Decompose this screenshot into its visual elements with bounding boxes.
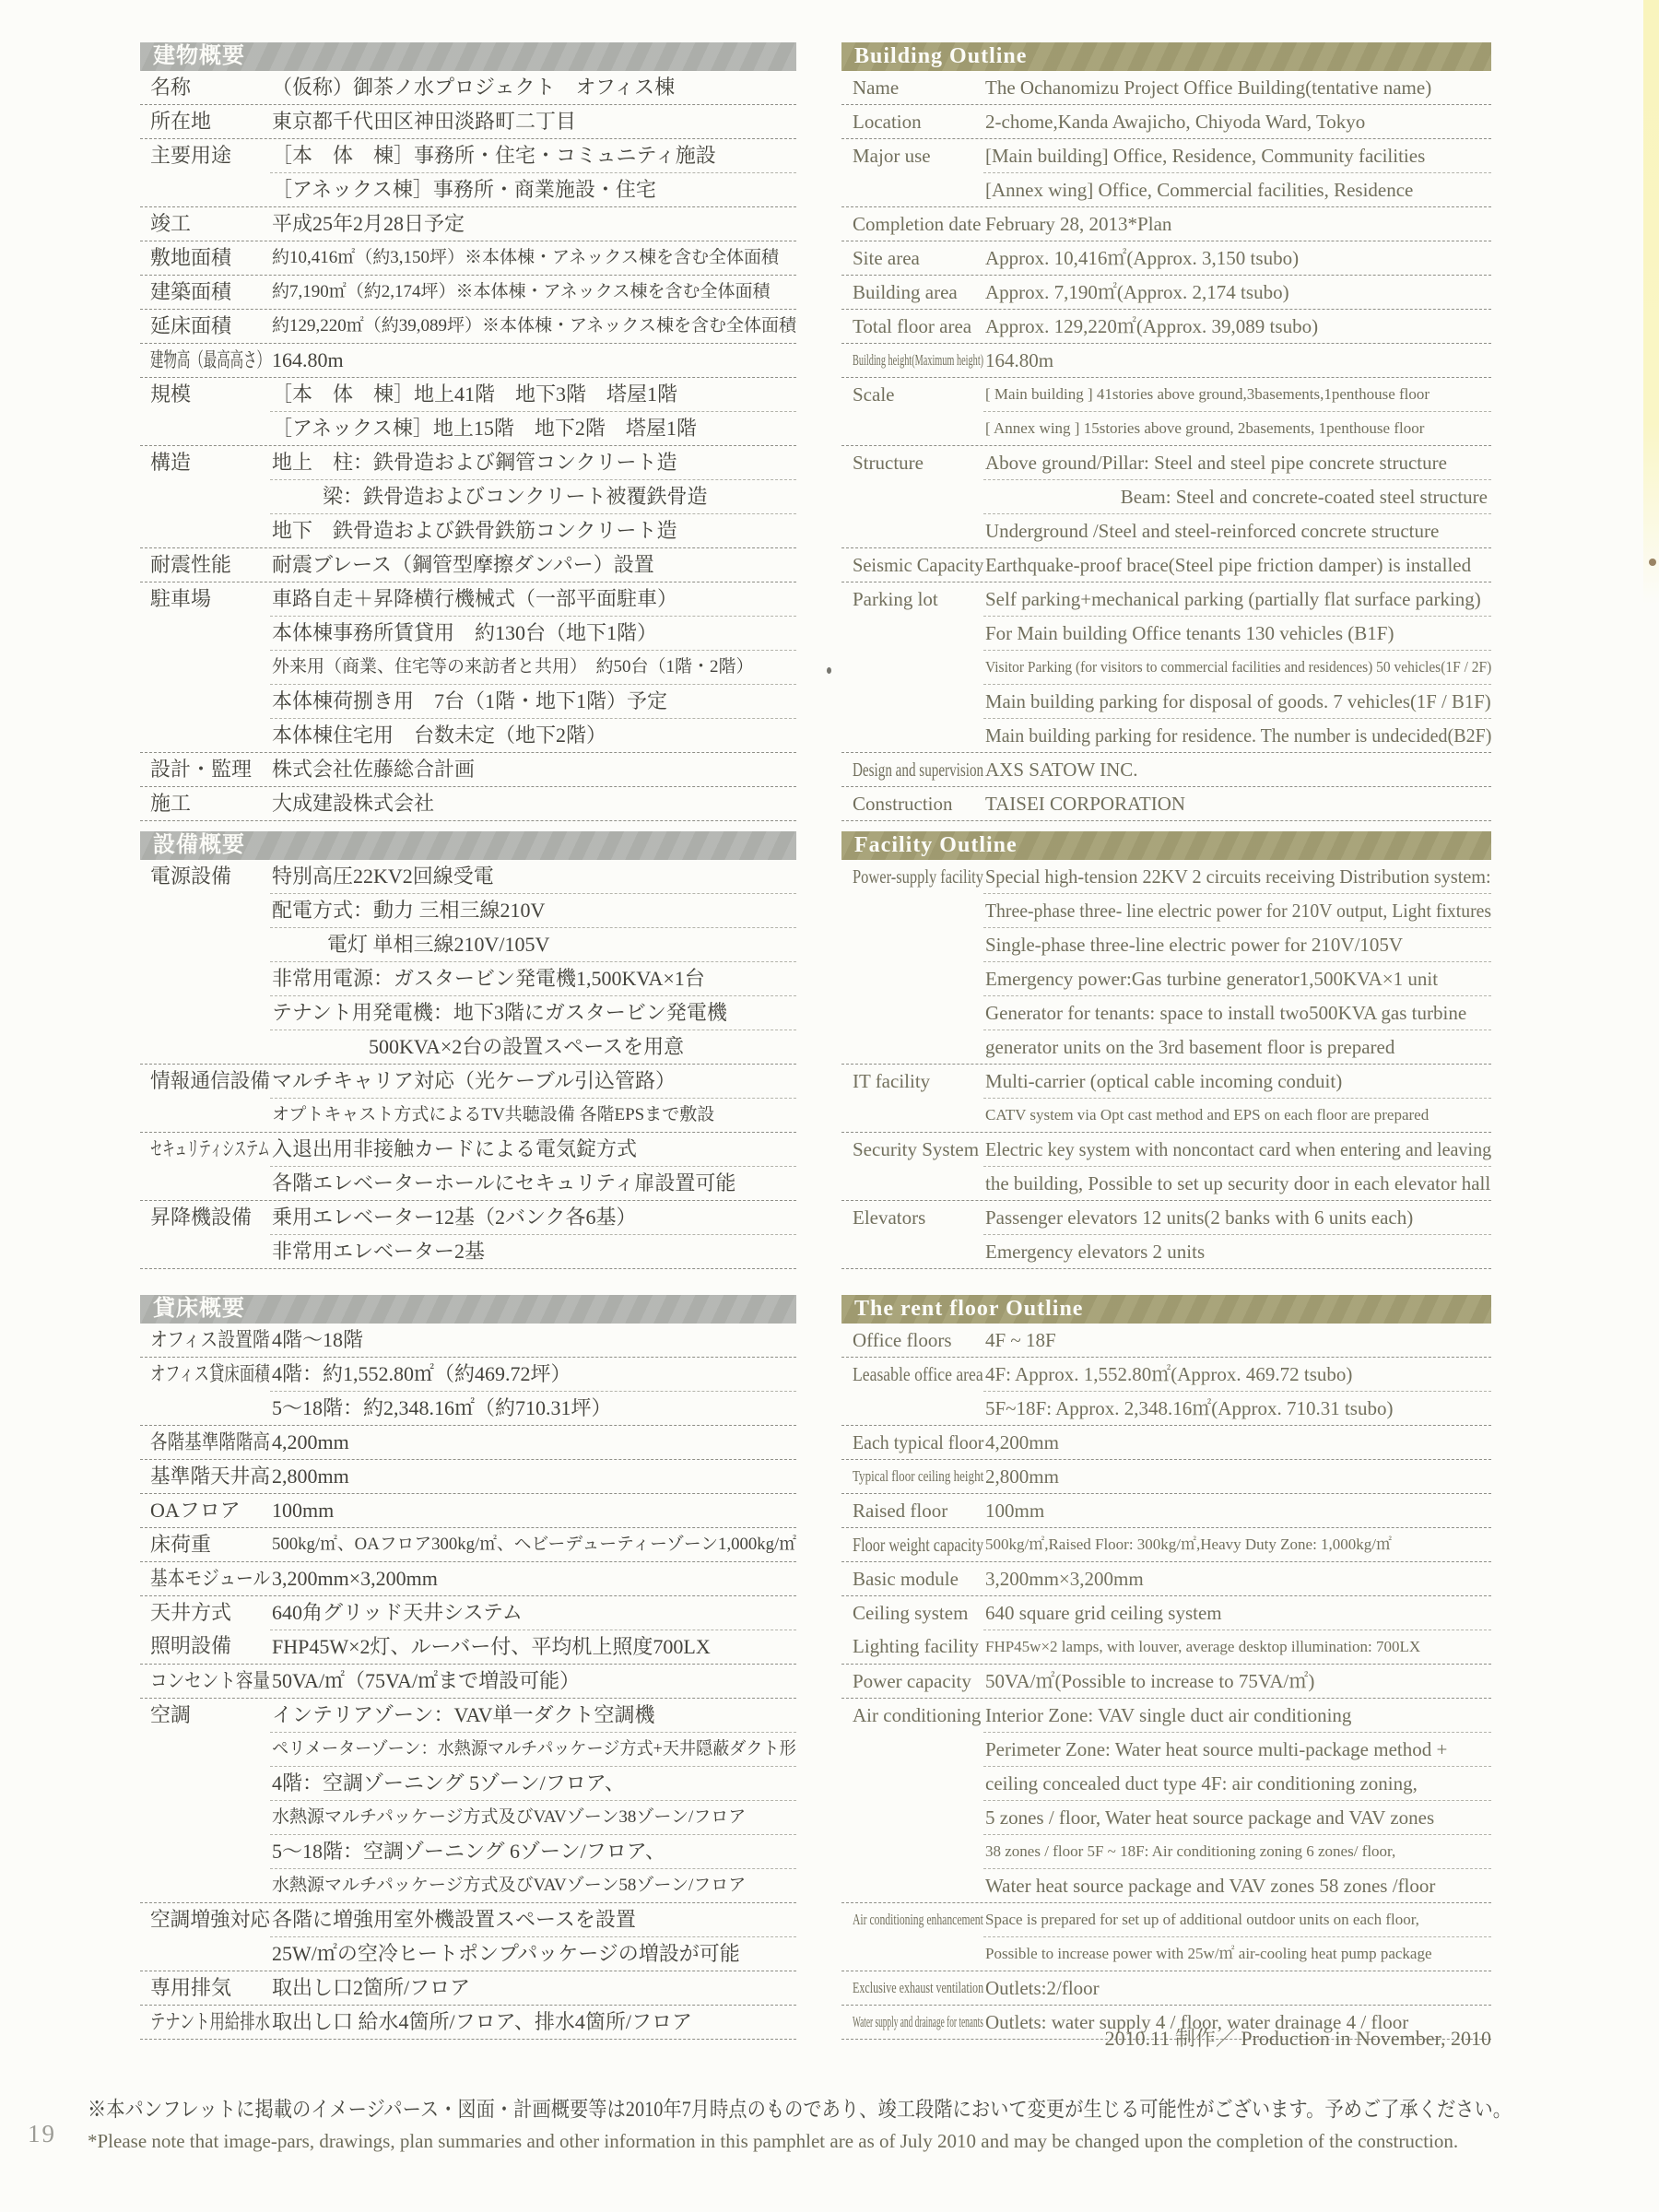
spec-value: 地上 柱：鉄骨造および鋼管コンクリート造 bbox=[272, 446, 677, 479]
spec-label: 照明設備 bbox=[150, 1630, 231, 1663]
spec-value: Approx. 129,220㎡(Approx. 39,089 tsubo) bbox=[985, 310, 1318, 343]
page-edge-strip bbox=[1643, 0, 1659, 604]
spec-value: Generator for tenants: space to install … bbox=[985, 996, 1466, 1030]
spec-value: 特別高圧22KV2回線受電 bbox=[272, 860, 494, 893]
spec-group: Office floors4F ~ 18F bbox=[841, 1324, 1491, 1358]
spec-group: Air conditioning enhancementSpace is pre… bbox=[841, 1903, 1491, 1971]
spec-group: 基本モジュール3,200mm×3,200mm bbox=[140, 1562, 796, 1596]
spec-group: 名称（仮称）御茶ノ水プロジェクト オフィス棟 bbox=[140, 71, 796, 105]
spec-value: February 28, 2013*Plan bbox=[985, 207, 1171, 241]
footnote-english: *Please note that image-pars, drawings, … bbox=[88, 2125, 1516, 2157]
spec-label: Security System bbox=[853, 1133, 979, 1166]
spec-value: TAISEI CORPORATION bbox=[985, 787, 1185, 820]
spec-value: 164.80m bbox=[985, 344, 1053, 377]
spec-value: 4F ~ 18F bbox=[985, 1324, 1056, 1357]
page-number: 19 bbox=[28, 2120, 56, 2148]
spec-label: Elevators bbox=[853, 1201, 925, 1234]
spec-value: the building, Possible to set up securit… bbox=[985, 1167, 1490, 1200]
spec-value: Electric key system with noncontact card… bbox=[985, 1133, 1491, 1166]
spec-value: 平成25年2月28日予定 bbox=[272, 207, 465, 241]
spec-value: 約129,220㎡（約39,089坪）※本体棟・アネックス棟を含む全体面積 bbox=[272, 310, 796, 343]
spec-value: 約10,416㎡（約3,150坪）※本体棟・アネックス棟を含む全体面積 bbox=[272, 241, 779, 275]
spec-value: 5 zones / floor, Water heat source packa… bbox=[985, 1801, 1434, 1834]
spec-value: 本体棟住宅用 台数未定（地下2階） bbox=[272, 719, 606, 752]
section-title: Facility Outline bbox=[841, 831, 1491, 860]
spec-group: 空調増強対応各階に増強用室外機設置スペースを設置25W/㎡の空冷ヒートポンプパッ… bbox=[140, 1903, 796, 1971]
spec-value: Self parking+mechanical parking (partial… bbox=[985, 582, 1481, 616]
section-title: Building Outline bbox=[841, 42, 1491, 71]
spec-value: Earthquake-proof brace(Steel pipe fricti… bbox=[985, 548, 1471, 582]
spec-value: For Main building Office tenants 130 veh… bbox=[985, 617, 1394, 650]
spec-value: The Ochanomizu Project Office Building(t… bbox=[985, 71, 1431, 104]
spec-value: [ Annex wing ] 15stories above ground, 2… bbox=[985, 412, 1424, 445]
spec-label: OAフロア bbox=[150, 1494, 241, 1527]
spec-group: Typical floor ceiling height2,800mm bbox=[841, 1460, 1491, 1494]
spec-label: Parking lot bbox=[853, 582, 938, 616]
spec-value: 3,200mm×3,200mm bbox=[272, 1562, 438, 1595]
spec-value: FHP45w×2 lamps, with louver, average des… bbox=[985, 1630, 1420, 1664]
spec-group: Basic module3,200mm×3,200mm bbox=[841, 1562, 1491, 1596]
spec-label: Raised floor bbox=[853, 1494, 947, 1527]
spec-label: Air conditioning enhancement bbox=[853, 1903, 983, 1936]
spec-value: オプトキャスト方式によるTV共聴設備 各階EPSまで敷設 bbox=[272, 1099, 714, 1132]
spec-value: 株式会社佐藤総合計画 bbox=[272, 753, 475, 786]
spec-value: 配電方式：動力 三相三線210V bbox=[272, 894, 545, 927]
spec-group: Floor weight capacity500kg/㎡,Raised Floo… bbox=[841, 1528, 1491, 1562]
spec-value: [ Main building ] 41stories above ground… bbox=[985, 378, 1430, 411]
spec-label: 空調 bbox=[150, 1699, 191, 1732]
spec-label: 規模 bbox=[150, 378, 191, 411]
spec-value: Passenger elevators 12 units(2 banks wit… bbox=[985, 1201, 1413, 1234]
spec-value: Perimeter Zone: Water heat source multi-… bbox=[985, 1733, 1447, 1766]
spec-value: 38 zones / floor 5F ~ 18F: Air condition… bbox=[985, 1835, 1395, 1868]
spec-value: 5～18階：空調ゾーニング 6ゾーン/フロア、 bbox=[272, 1835, 665, 1868]
spec-value: 乗用エレベーター12基（2バンク各6基） bbox=[272, 1201, 637, 1234]
spec-value: CATV system via Opt cast method and EPS … bbox=[985, 1099, 1429, 1132]
scan-speck-small bbox=[827, 667, 831, 674]
spec-value: Main building parking for residence. The… bbox=[985, 719, 1491, 752]
spec-group: Air conditioningInterior Zone: VAV singl… bbox=[841, 1699, 1491, 1903]
spec-label: Building height(Maximum height) bbox=[853, 344, 983, 377]
spec-label: Floor weight capacity bbox=[853, 1528, 983, 1561]
spec-group: ConstructionTAISEI CORPORATION bbox=[841, 787, 1491, 821]
spec-label: 基準階天井高 bbox=[150, 1460, 270, 1493]
spec-group: Total floor areaApprox. 129,220㎡(Approx.… bbox=[841, 310, 1491, 344]
spec-group: 天井方式照明設備640角グリッド天井システムFHP45W×2灯、ルーバー付、平均… bbox=[140, 1596, 796, 1665]
spec-value: 取出し口2箇所/フロア bbox=[272, 1971, 470, 2005]
spec-section: 設備概要電源設備特別高圧22KV2回線受電配電方式：動力 三相三線210V電灯 … bbox=[140, 831, 796, 1269]
spec-value: インテリアゾーン：VAV単一ダクト空調機 bbox=[272, 1699, 655, 1732]
spec-label: Ceiling system bbox=[853, 1596, 968, 1630]
spec-value: 2,800mm bbox=[272, 1460, 349, 1493]
spec-value: ［本 体 棟］地上41階 地下3階 塔屋1階 bbox=[272, 378, 677, 411]
spec-label: Seismic Capacity bbox=[853, 548, 983, 582]
spec-section: The rent floor OutlineOffice floors4F ~ … bbox=[841, 1295, 1491, 2040]
spec-label: Scale bbox=[853, 378, 894, 411]
spec-value: 640 square grid ceiling system bbox=[985, 1596, 1222, 1630]
spec-label: Power-supply facility bbox=[853, 860, 983, 893]
spec-value: Multi-carrier (optical cable incoming co… bbox=[985, 1065, 1342, 1098]
spec-label: 主要用途 bbox=[150, 139, 231, 172]
spec-group: 敷地面積約10,416㎡（約3,150坪）※本体棟・アネックス棟を含む全体面積 bbox=[140, 241, 796, 276]
spec-value: 50VA/㎡(Possible to increase to 75VA/㎡) bbox=[985, 1665, 1314, 1698]
spec-value: 500kg/㎡、OAフロア300kg/㎡、ヘビーデューティーゾーン1,000kg… bbox=[272, 1528, 796, 1561]
section-title: 貸床概要 bbox=[140, 1295, 796, 1324]
spec-label: 駐車場 bbox=[150, 582, 211, 616]
spec-group: セキュリティシステム入退出用非接触カードによる電気錠方式各階エレベーターホールに… bbox=[140, 1133, 796, 1201]
spec-value: ［アネックス棟］地上15階 地下2階 塔屋1階 bbox=[272, 412, 697, 445]
spec-value: Three-phase three- line electric power f… bbox=[985, 894, 1491, 927]
spec-value: 4階：空調ゾーニング 5ゾーン/フロア、 bbox=[272, 1767, 625, 1800]
spec-value: ペリメーターゾーン：水熱源マルチパッケージ方式+天井隠蔽ダクト形 bbox=[272, 1733, 796, 1766]
spec-group: 駐車場車路自走＋昇降横行機械式（一部平面駐車）本体棟事務所賃貸用 約130台（地… bbox=[140, 582, 796, 753]
spec-label: 構造 bbox=[150, 446, 191, 479]
spec-value: FHP45W×2灯、ルーバー付、平均机上照度700LX bbox=[272, 1630, 711, 1664]
spec-label: 設計・監理 bbox=[150, 753, 252, 786]
spec-group: ElevatorsPassenger elevators 12 units(2 … bbox=[841, 1201, 1491, 1269]
section-title: The rent floor Outline bbox=[841, 1295, 1491, 1324]
spec-value: 外来用（商業、住宅等の来訪者と共用） 約50台（1階・2階） bbox=[272, 651, 754, 684]
spec-label: Basic module bbox=[853, 1562, 959, 1595]
spec-group: Major use[Main building] Office, Residen… bbox=[841, 139, 1491, 207]
spec-group: 延床面積約129,220㎡（約39,089坪）※本体棟・アネックス棟を含む全体面… bbox=[140, 310, 796, 344]
spec-label: 建築面積 bbox=[150, 276, 231, 309]
spec-label: 天井方式 bbox=[150, 1596, 231, 1630]
spec-label: 所在地 bbox=[150, 105, 211, 138]
spec-value: 地下 鉄骨造および鉄骨鉄筋コンクリート造 bbox=[272, 514, 677, 547]
spec-group: オフィス貸床面積4階：約1,552.80㎡（約469.72坪）5～18階：約2,… bbox=[140, 1358, 796, 1426]
footnote-japanese: ※本パンフレットに掲載のイメージパース・図面・計画概要等は2010年7月時点のも… bbox=[88, 2094, 1512, 2125]
spec-group: Building height(Maximum height)164.80m bbox=[841, 344, 1491, 378]
spec-value: 取出し口 給水4箇所/フロア、排水4箇所/フロア bbox=[272, 2006, 692, 2039]
spec-label: Office floors bbox=[853, 1324, 952, 1357]
spec-label: オフィス貸床面積 bbox=[150, 1358, 270, 1391]
spec-label: 建物高（最高高さ） bbox=[150, 344, 270, 377]
spec-label: 基本モジュール bbox=[150, 1562, 270, 1595]
spec-label: オフィス設置階 bbox=[150, 1324, 270, 1357]
spec-value: ［アネックス棟］事務所・商業施設・住宅 bbox=[272, 173, 656, 206]
spec-label: Typical floor ceiling height bbox=[853, 1460, 983, 1493]
spec-group: 構造地上 柱：鉄骨造および鋼管コンクリート造梁：鉄骨造およびコンクリート被覆鉄骨… bbox=[140, 446, 796, 548]
spec-value: 梁：鉄骨造およびコンクリート被覆鉄骨造 bbox=[323, 480, 708, 513]
scan-speck-brown bbox=[1649, 559, 1656, 566]
spec-label: 情報通信設備 bbox=[150, 1065, 270, 1098]
spec-value: 4F: Approx. 1,552.80㎡(Approx. 469.72 tsu… bbox=[985, 1358, 1352, 1391]
spec-section: Facility OutlinePower-supply facilitySpe… bbox=[841, 831, 1491, 1269]
spec-label: Air conditioning bbox=[853, 1699, 981, 1732]
spec-value: Underground /Steel and steel-reinforced … bbox=[985, 514, 1439, 547]
spec-group: Location2-chome,Kanda Awajicho, Chiyoda … bbox=[841, 105, 1491, 139]
spec-group: 規模［本 体 棟］地上41階 地下3階 塔屋1階［アネックス棟］地上15階 地下… bbox=[140, 378, 796, 446]
spec-label: Total floor area bbox=[853, 310, 971, 343]
spec-value: 約7,190㎡（約2,174坪）※本体棟・アネックス棟を含む全体面積 bbox=[272, 276, 771, 309]
spec-value: 50VA/㎡（75VA/㎡まで増設可能） bbox=[272, 1665, 580, 1698]
spec-label: セキュリティシステム bbox=[150, 1133, 270, 1166]
spec-section: 貸床概要オフィス設置階4階～18階オフィス貸床面積4階：約1,552.80㎡（約… bbox=[140, 1295, 796, 2040]
spec-value: [Annex wing] Office, Commercial faciliti… bbox=[985, 173, 1413, 206]
spec-section: Building OutlineNameThe Ochanomizu Proje… bbox=[841, 42, 1491, 821]
spec-group: テナント用給排水取出し口 給水4箇所/フロア、排水4箇所/フロア bbox=[140, 2006, 796, 2040]
english-spec-column: Building OutlineNameThe Ochanomizu Proje… bbox=[841, 0, 1491, 2212]
spec-label: Lighting facility bbox=[853, 1630, 979, 1663]
spec-value: 500KVA×2台の設置スペースを用意 bbox=[369, 1030, 684, 1064]
spec-value: 東京都千代田区神田淡路町二丁目 bbox=[272, 105, 576, 138]
spec-value: Emergency elevators 2 units bbox=[985, 1235, 1205, 1268]
spec-value: Above ground/Pillar: Steel and steel pip… bbox=[985, 446, 1447, 479]
spec-value: Outlets:2/floor bbox=[985, 1971, 1100, 2005]
spec-group: Design and supervisionAXS SATOW INC. bbox=[841, 753, 1491, 787]
spec-label: 専用排気 bbox=[150, 1971, 231, 2005]
spec-group: Raised floor100mm bbox=[841, 1494, 1491, 1528]
spec-value: 本体棟荷捌き用 7台（1階・地下1階）予定 bbox=[272, 685, 667, 718]
spec-group: オフィス設置階4階～18階 bbox=[140, 1324, 796, 1358]
spec-group: NameThe Ochanomizu Project Office Buildi… bbox=[841, 71, 1491, 105]
spec-value: Interior Zone: VAV single duct air condi… bbox=[985, 1699, 1351, 1732]
spec-value: Possible to increase power with 25w/㎡ ai… bbox=[985, 1937, 1432, 1971]
spec-group: 空調インテリアゾーン：VAV単一ダクト空調機ペリメーターゾーン：水熱源マルチパッ… bbox=[140, 1699, 796, 1903]
spec-value: [Main building] Office, Residence, Commu… bbox=[985, 139, 1425, 172]
spec-group: 施工大成建設株式会社 bbox=[140, 787, 796, 821]
spec-group: 床荷重500kg/㎡、OAフロア300kg/㎡、ヘビーデューティーゾーン1,00… bbox=[140, 1528, 796, 1562]
spec-label: 施工 bbox=[150, 787, 191, 820]
spec-label: Location bbox=[853, 105, 922, 138]
spec-value: 2-chome,Kanda Awajicho, Chiyoda Ward, To… bbox=[985, 105, 1365, 138]
spec-label: コンセント容量 bbox=[150, 1665, 270, 1698]
spec-group: Building areaApprox. 7,190㎡(Approx. 2,17… bbox=[841, 276, 1491, 310]
spec-value: ［本 体 棟］事務所・住宅・コミュニティ施設 bbox=[272, 139, 716, 172]
spec-value: 水熱源マルチパッケージ方式及びVAVゾーン58ゾーン/フロア bbox=[272, 1869, 746, 1902]
spec-group: Seismic CapacityEarthquake-proof brace(S… bbox=[841, 548, 1491, 582]
spec-value: 非常用電源：ガスタービン発電機1,500KVA×1台 bbox=[272, 962, 705, 995]
spec-group: OAフロア100mm bbox=[140, 1494, 796, 1528]
spec-value: Visitor Parking (for visitors to commerc… bbox=[985, 651, 1491, 684]
spec-label: 電源設備 bbox=[150, 860, 231, 893]
spec-value: 非常用エレベーター2基 bbox=[272, 1235, 485, 1268]
spec-value: 5F~18F: Approx. 2,348.16㎡(Approx. 710.31… bbox=[985, 1392, 1393, 1425]
spec-group: 主要用途［本 体 棟］事務所・住宅・コミュニティ施設［アネックス棟］事務所・商業… bbox=[140, 139, 796, 207]
spec-value: Water heat source package and VAV zones … bbox=[985, 1869, 1435, 1902]
spec-label: 昇降機設備 bbox=[150, 1201, 252, 1234]
spec-value: Beam: Steel and concrete-coated steel st… bbox=[1121, 480, 1488, 513]
spec-value: （仮称）御茶ノ水プロジェクト オフィス棟 bbox=[272, 71, 675, 104]
spec-label: 各階基準階階高 bbox=[150, 1426, 270, 1459]
spec-label: Name bbox=[853, 71, 899, 104]
spec-value: Single-phase three-line electric power f… bbox=[985, 928, 1403, 961]
spec-value: 2,800mm bbox=[985, 1460, 1059, 1493]
spec-group: 情報通信設備マルチキャリア対応（光ケーブル引込管路）オプトキャスト方式によるTV… bbox=[140, 1065, 796, 1133]
pamphlet-page: 建物概要名称（仮称）御茶ノ水プロジェクト オフィス棟所在地東京都千代田区神田淡路… bbox=[0, 0, 1659, 2212]
spec-label: Site area bbox=[853, 241, 920, 275]
spec-label: 名称 bbox=[150, 71, 191, 104]
spec-value: 4階：約1,552.80㎡（約469.72坪） bbox=[272, 1358, 571, 1391]
spec-label: Major use bbox=[853, 139, 931, 172]
spec-label: Building area bbox=[853, 276, 958, 309]
production-note: 2010.11 制作／ Production in November, 2010 bbox=[920, 2024, 1491, 2053]
spec-value: 3,200mm×3,200mm bbox=[985, 1562, 1144, 1595]
spec-value: 4,200mm bbox=[272, 1426, 349, 1459]
spec-section: 建物概要名称（仮称）御茶ノ水プロジェクト オフィス棟所在地東京都千代田区神田淡路… bbox=[140, 42, 796, 821]
spec-group: コンセント容量50VA/㎡（75VA/㎡まで増設可能） bbox=[140, 1665, 796, 1699]
spec-value: 4,200mm bbox=[985, 1426, 1059, 1459]
spec-label: 空調増強対応 bbox=[150, 1903, 270, 1936]
spec-value: 入退出用非接触カードによる電気錠方式 bbox=[272, 1133, 637, 1166]
spec-group: Ceiling systemLighting facility640 squar… bbox=[841, 1596, 1491, 1665]
spec-value: 500kg/㎡,Raised Floor: 300kg/㎡,Heavy Duty… bbox=[985, 1528, 1392, 1561]
spec-group: Power-supply facilitySpecial high-tensio… bbox=[841, 860, 1491, 1065]
spec-group: 昇降機設備乗用エレベーター12基（2バンク各6基）非常用エレベーター2基 bbox=[140, 1201, 796, 1269]
spec-group: 建物高（最高高さ）164.80m bbox=[140, 344, 796, 378]
spec-group: Scale[ Main building ] 41stories above g… bbox=[841, 378, 1491, 446]
spec-value: generator units on the 3rd basement floo… bbox=[985, 1030, 1394, 1064]
spec-value: 耐震ブレース（鋼管型摩擦ダンパー）設置 bbox=[272, 548, 654, 582]
spec-value: 100mm bbox=[985, 1494, 1044, 1527]
section-title: 設備概要 bbox=[140, 831, 796, 860]
spec-value: Approx. 10,416㎡(Approx. 3,150 tsubo) bbox=[985, 241, 1299, 275]
spec-group: Each typical floor4,200mm bbox=[841, 1426, 1491, 1460]
spec-group: Leasable office area4F: Approx. 1,552.80… bbox=[841, 1358, 1491, 1426]
spec-value: 4階～18階 bbox=[272, 1324, 363, 1357]
spec-value: 本体棟事務所賃貸用 約130台（地下1階） bbox=[272, 617, 657, 650]
spec-group: 建築面積約7,190㎡（約2,174坪）※本体棟・アネックス棟を含む全体面積 bbox=[140, 276, 796, 310]
spec-label: Construction bbox=[853, 787, 953, 820]
spec-group: 所在地東京都千代田区神田淡路町二丁目 bbox=[140, 105, 796, 139]
spec-label: Completion date bbox=[853, 207, 981, 241]
spec-group: Power capacity50VA/㎡(Possible to increas… bbox=[841, 1665, 1491, 1699]
spec-value: 100mm bbox=[272, 1494, 334, 1527]
spec-value: 25W/㎡の空冷ヒートポンプパッケージの増設が可能 bbox=[272, 1937, 740, 1971]
spec-value: 640角グリッド天井システム bbox=[272, 1596, 523, 1630]
spec-group: Security SystemElectric key system with … bbox=[841, 1133, 1491, 1201]
spec-label: IT facility bbox=[853, 1065, 930, 1098]
spec-group: Completion dateFebruary 28, 2013*Plan bbox=[841, 207, 1491, 241]
spec-value: テナント用発電機：地下3階にガスタービン発電機 bbox=[272, 996, 727, 1030]
spec-value: 水熱源マルチパッケージ方式及びVAVゾーン38ゾーン/フロア bbox=[272, 1801, 746, 1834]
spec-value: ceiling concealed duct type 4F: air cond… bbox=[985, 1767, 1418, 1800]
spec-group: 設計・監理株式会社佐藤総合計画 bbox=[140, 753, 796, 787]
spec-label: 延床面積 bbox=[150, 310, 231, 343]
spec-value: 各階エレベーターホールにセキュリティ扉設置可能 bbox=[272, 1167, 735, 1200]
spec-group: StructureAbove ground/Pillar: Steel and … bbox=[841, 446, 1491, 548]
spec-value: 5～18階：約2,348.16㎡（約710.31坪） bbox=[272, 1392, 612, 1425]
spec-value: Space is prepared for set up of addition… bbox=[985, 1903, 1419, 1936]
spec-label: 竣工 bbox=[150, 207, 191, 241]
spec-value: マルチキャリア対応（光ケーブル引込管路） bbox=[272, 1065, 676, 1098]
spec-label: 耐震性能 bbox=[150, 548, 231, 582]
spec-value: 車路自走＋昇降横行機械式（一部平面駐車） bbox=[272, 582, 677, 616]
spec-group: 電源設備特別高圧22KV2回線受電配電方式：動力 三相三線210V電灯 単相三線… bbox=[140, 860, 796, 1065]
spec-group: IT facilityMulti-carrier (optical cable … bbox=[841, 1065, 1491, 1133]
spec-group: 基準階天井高2,800mm bbox=[140, 1460, 796, 1494]
section-title: 建物概要 bbox=[140, 42, 796, 71]
spec-group: Exclusive exhaust ventilationOutlets:2/f… bbox=[841, 1971, 1491, 2006]
spec-label: テナント用給排水 bbox=[150, 2006, 270, 2039]
spec-group: 専用排気取出し口2箇所/フロア bbox=[140, 1971, 796, 2006]
spec-label: Design and supervision bbox=[853, 753, 983, 786]
spec-group: Parking lotSelf parking+mechanical parki… bbox=[841, 582, 1491, 753]
japanese-spec-column: 建物概要名称（仮称）御茶ノ水プロジェクト オフィス棟所在地東京都千代田区神田淡路… bbox=[140, 0, 796, 2212]
spec-label: Leasable office area bbox=[853, 1358, 983, 1391]
spec-label: Each typical floor bbox=[853, 1426, 983, 1459]
spec-group: 各階基準階階高4,200mm bbox=[140, 1426, 796, 1460]
spec-label: 敷地面積 bbox=[150, 241, 231, 275]
spec-value: 各階に増強用室外機設置スペースを設置 bbox=[272, 1903, 636, 1936]
spec-group: 竣工平成25年2月28日予定 bbox=[140, 207, 796, 241]
spec-value: Main building parking for disposal of go… bbox=[985, 685, 1491, 718]
spec-value: 大成建設株式会社 bbox=[272, 787, 434, 820]
spec-value: Approx. 7,190㎡(Approx. 2,174 tsubo) bbox=[985, 276, 1289, 309]
spec-group: 耐震性能耐震ブレース（鋼管型摩擦ダンパー）設置 bbox=[140, 548, 796, 582]
spec-value: 164.80m bbox=[272, 344, 344, 377]
spec-value: Special high-tension 22KV 2 circuits rec… bbox=[985, 860, 1491, 893]
spec-label: 床荷重 bbox=[150, 1528, 211, 1561]
spec-label: Exclusive exhaust ventilation bbox=[853, 1971, 983, 2005]
spec-value: 電灯 単相三線210V/105V bbox=[327, 928, 549, 961]
spec-value: AXS SATOW INC. bbox=[985, 753, 1138, 786]
spec-label: Structure bbox=[853, 446, 924, 479]
spec-group: Site areaApprox. 10,416㎡(Approx. 3,150 t… bbox=[841, 241, 1491, 276]
spec-label: Power capacity bbox=[853, 1665, 971, 1698]
spec-value: Emergency power:Gas turbine generator1,5… bbox=[985, 962, 1438, 995]
